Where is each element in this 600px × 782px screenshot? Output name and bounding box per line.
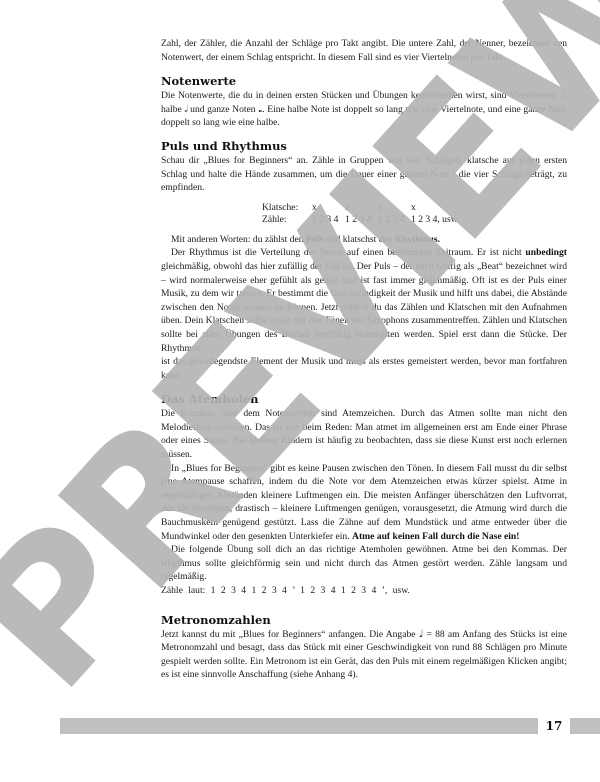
atemholen-paragraph-2: In „Blues for Beginners“ gibt es keine P… (161, 462, 567, 544)
puls-paragraph-3: Der Rhythmus ist die Verteilung der Note… (161, 246, 567, 355)
count-row: Zähle: 1 2 3 4 1 2 3 4 1 2 3 4 1 2 3 4, … (262, 214, 459, 226)
puls-paragraph-2: Mit anderen Worten: du zählst den Puls u… (161, 233, 567, 247)
count-aloud-line: Zähle laut: 1 2 3 4 1 2 3 4 ’ 1 2 3 4 1 … (161, 584, 567, 598)
atemholen-paragraph-3: Die folgende Übung soll dich an das rich… (161, 543, 567, 584)
metronom-paragraph: Jetzt kannst du mit „Blues for Beginners… (161, 628, 567, 682)
clap-count-table: Klatsche: x x x x Zähle: 1 2 3 4 1 2 3 4… (262, 202, 459, 226)
section-heading-metronomzahlen: Metronomzahlen (161, 612, 567, 628)
puls-paragraph-4: ist das grundlegendste Element der Musik… (161, 355, 567, 382)
intro-paragraph: Zahl, der Zähler, die Anzahl der Schläge… (161, 37, 567, 64)
page-number: 17 (538, 716, 570, 736)
section-heading-notenwerte: Notenwerte (161, 73, 567, 89)
footer-bar-left (60, 718, 538, 734)
puls-paragraph-1: Schau dir „Blues for Beginners“ an. Zähl… (161, 154, 567, 195)
section-heading-atemholen: Das Atemholen (161, 391, 567, 407)
clap-row: Klatsche: x x x x (262, 202, 459, 214)
document-page: Zahl, der Zähler, die Anzahl der Schläge… (161, 37, 567, 682)
atemholen-paragraph-1: Die Kommas über dem Notensystem sind Ate… (161, 407, 567, 461)
section-heading-puls-rhythmus: Puls und Rhythmus (161, 138, 567, 154)
notenwerte-paragraph: Die Notenwerte, die du in deinen ersten … (161, 89, 567, 130)
footer-bar-right (570, 718, 600, 734)
